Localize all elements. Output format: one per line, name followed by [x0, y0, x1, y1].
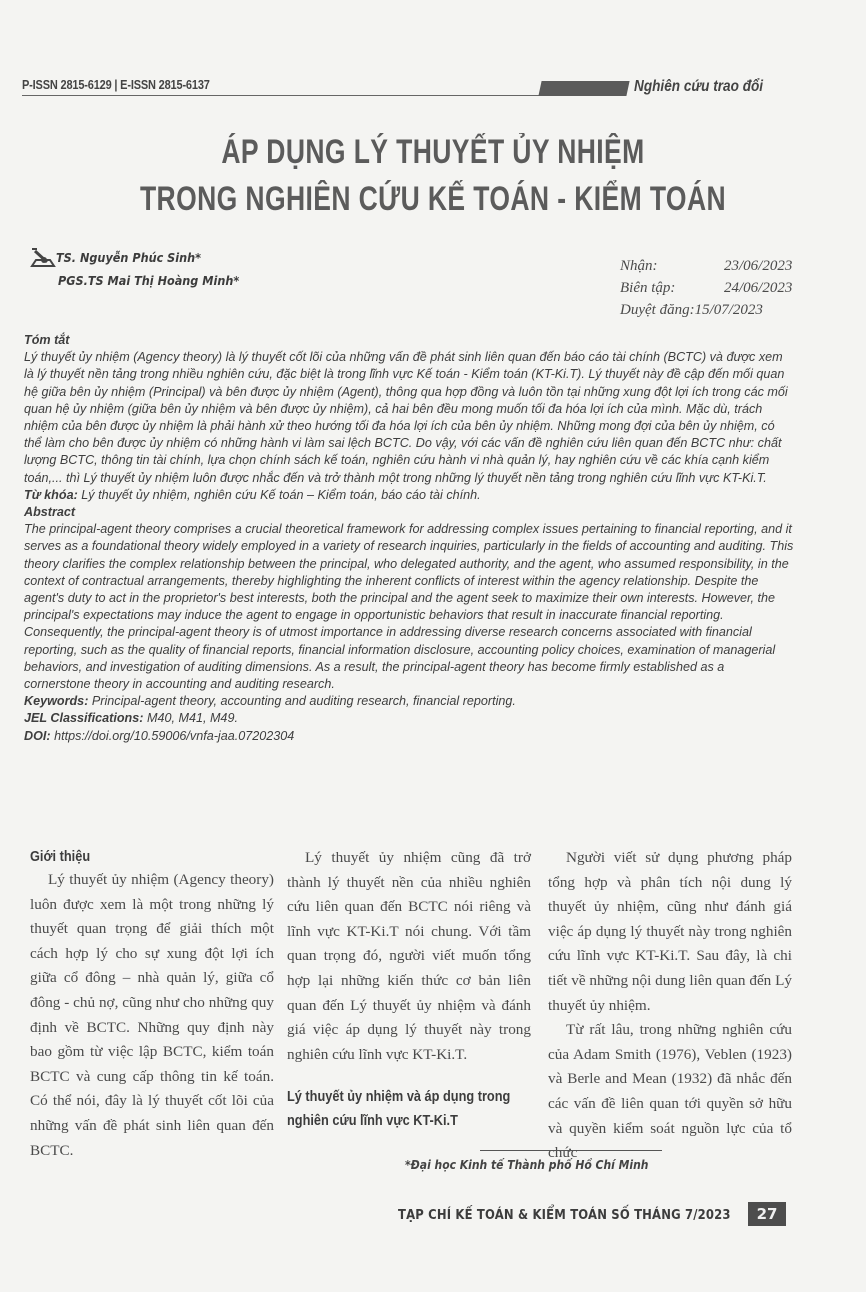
author-2: PGS.TS Mai Thị Hoàng Minh*	[58, 273, 239, 288]
body-column-1: Giới thiệu Lý thuyết ủy nhiệm (Agency th…	[30, 846, 274, 1163]
date-edited: Biên tập: 24/06/2023	[620, 277, 792, 299]
pen-icon	[30, 248, 56, 268]
body-paragraph: Lý thuyết ủy nhiệm (Agency theory) luôn …	[30, 868, 274, 1163]
body-column-3: Người viết sử dụng phương pháp tổng hợp …	[548, 846, 792, 1166]
header-rule	[22, 95, 542, 96]
issn-label: P-ISSN 2815-6129 | E-ISSN 2815-6137	[22, 78, 210, 92]
article-title-line-2: TRONG NGHIÊN CỨU KẾ TOÁN - KIỂM TOÁN	[95, 180, 770, 219]
journal-footer: TẠP CHÍ KẾ TOÁN & KIỂM TOÁN SỐ THÁNG 7/2…	[398, 1207, 731, 1223]
intro-heading: Giới thiệu	[30, 846, 245, 868]
footnote-rule	[480, 1150, 662, 1151]
author-1: TS. Nguyễn Phúc Sinh*	[56, 250, 201, 265]
body-paragraph: Người viết sử dụng phương pháp tổng hợp …	[548, 846, 792, 1018]
doi: DOI: https://doi.org/10.59006/vnfa-jaa.0…	[24, 728, 794, 745]
body-paragraph: Lý thuyết ủy nhiệm cũng đã trở thành lý …	[287, 846, 531, 1067]
section-label: Nghiên cứu trao đổi	[634, 78, 763, 96]
page-header: P-ISSN 2815-6129 | E-ISSN 2815-6137 Nghi…	[22, 78, 788, 100]
date-received: Nhận: 23/06/2023	[620, 255, 792, 277]
abstract-text: The principal-agent theory comprises a c…	[24, 521, 794, 693]
body-column-2: Lý thuyết ủy nhiệm cũng đã trở thành lý …	[287, 846, 531, 1133]
abstract-block: Tóm tắt Lý thuyết ủy nhiệm (Agency theor…	[24, 332, 794, 745]
article-title-line-1: ÁP DỤNG LÝ THUYẾT ỦY NHIỆM	[95, 133, 770, 172]
affiliation-footnote: *Đại học Kinh tế Thành phố Hồ Chí Minh	[405, 1158, 648, 1172]
abstract-heading: Abstract	[24, 504, 794, 521]
jel-classifications: JEL Classifications: M40, M41, M49.	[24, 710, 794, 727]
body-paragraph: Từ rất lâu, trong những nghiên cứu của A…	[548, 1018, 792, 1166]
page-number: 27	[748, 1202, 786, 1226]
summary-text: Lý thuyết ủy nhiệm (Agency theory) là lý…	[24, 349, 794, 487]
summary-keywords: Từ khóa: Lý thuyết ủy nhiệm, nghiên cứu …	[24, 487, 794, 504]
doi-link[interactable]: https://doi.org/10.59006/vnfa-jaa.072023…	[54, 729, 294, 743]
abstract-keywords: Keywords: Principal-agent theory, accoun…	[24, 693, 794, 710]
section-heading-2: Lý thuyết ủy nhiệm và áp dụng trong nghi…	[287, 1085, 502, 1133]
date-approved: Duyệt đăng: 15/07/2023	[620, 299, 792, 321]
publication-dates: Nhận: 23/06/2023 Biên tập: 24/06/2023 Du…	[620, 255, 792, 321]
section-bar	[538, 81, 629, 96]
summary-heading: Tóm tắt	[24, 332, 794, 349]
